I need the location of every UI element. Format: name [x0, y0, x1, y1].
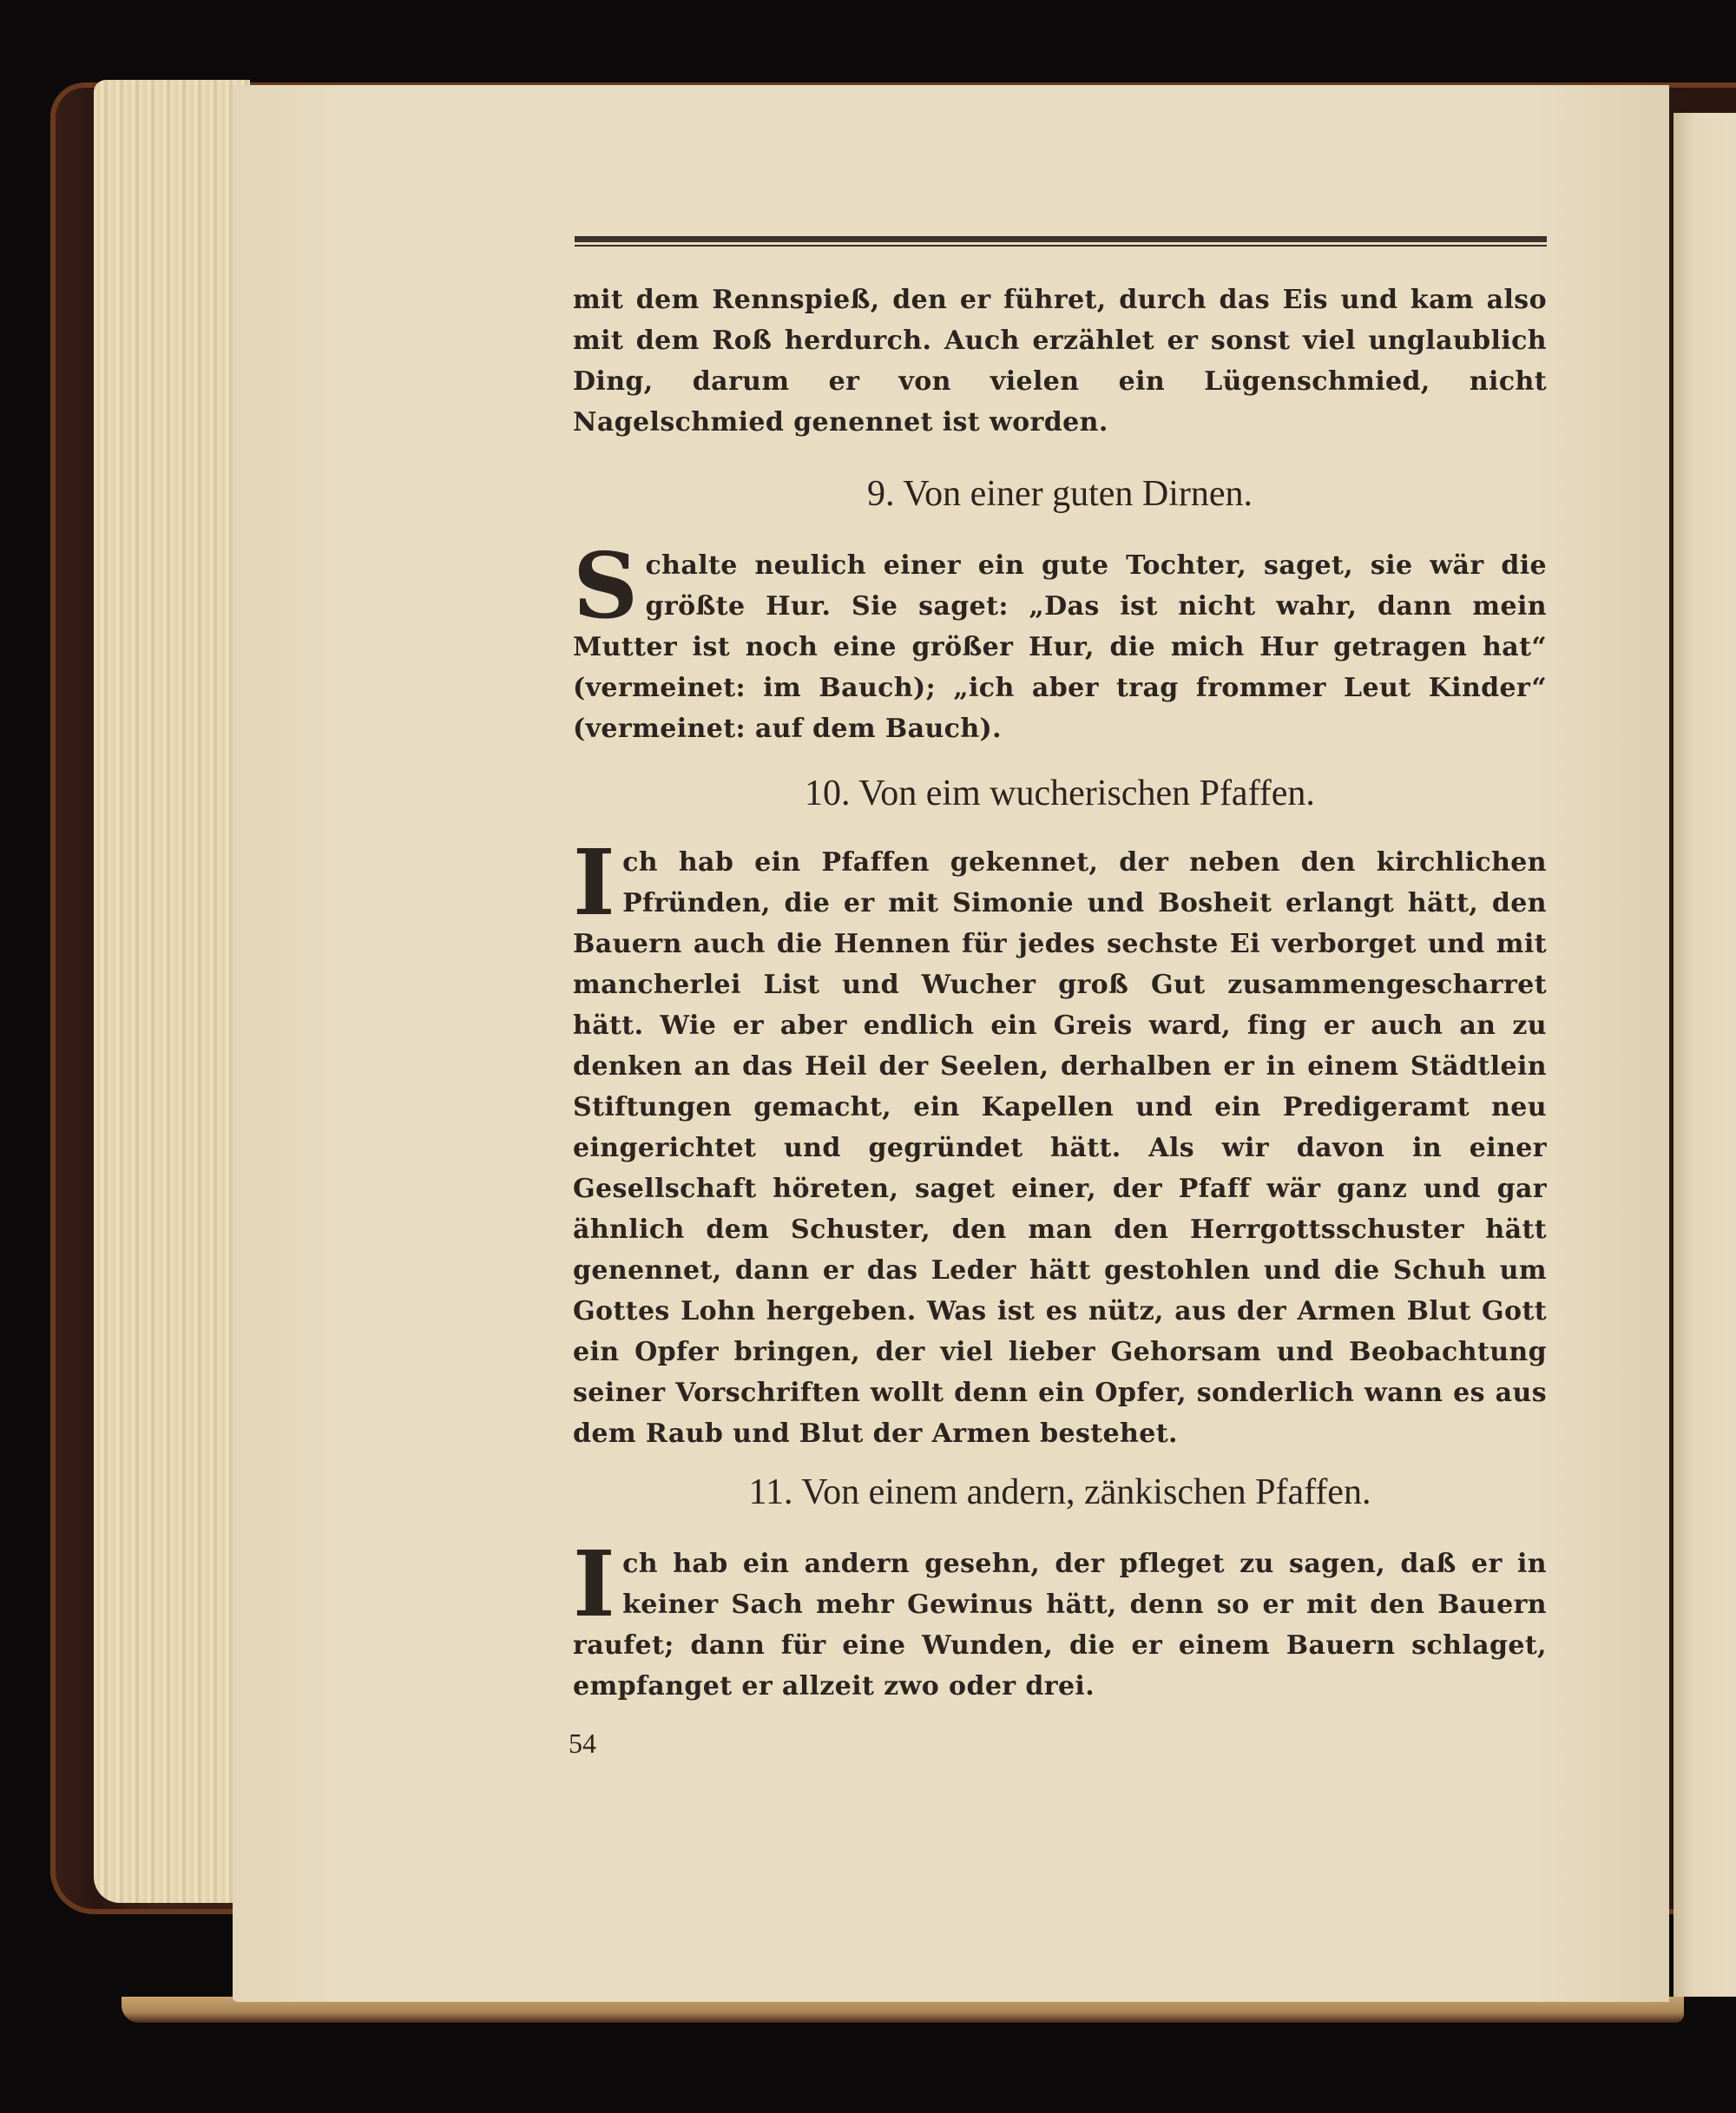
section-body-10: I ch hab ein Pfaffen gekennet, der neben…: [573, 842, 1547, 1454]
section-heading-10: 10. Von eim wucherischen Pfaffen.: [573, 773, 1547, 814]
paragraph-text: mit dem Rennspieß, den er führet, durch …: [573, 285, 1547, 438]
continuation-paragraph: mit dem Rennspieß, den er führet, durch …: [573, 280, 1547, 443]
section-heading-9: 9. Von einer guten Dirnen.: [573, 473, 1547, 515]
paragraph-text: ch hab ein Pfaffen gekennet, der neben d…: [573, 847, 1547, 1449]
section-body-9: S chalte neulich einer ein gute Tochter,…: [573, 545, 1547, 749]
drop-cap: I: [573, 846, 615, 920]
paragraph-text: chalte neulich einer ein gute Tochter, s…: [573, 550, 1547, 744]
facing-page-edge: [1674, 113, 1736, 1997]
section-body-11: I ch hab ein andern gesehn, der pfleget …: [573, 1544, 1547, 1707]
header-rule: [575, 236, 1547, 247]
drop-cap: I: [573, 1547, 615, 1622]
page-number: 54: [569, 1728, 596, 1760]
section-heading-11: 11. Von einem andern, zänkischen Pfaffen…: [573, 1471, 1547, 1513]
page-edges-left: [94, 80, 250, 1903]
drop-cap: S: [573, 549, 639, 623]
paragraph-text: ch hab ein andern gesehn, der pfleget zu…: [573, 1549, 1547, 1702]
